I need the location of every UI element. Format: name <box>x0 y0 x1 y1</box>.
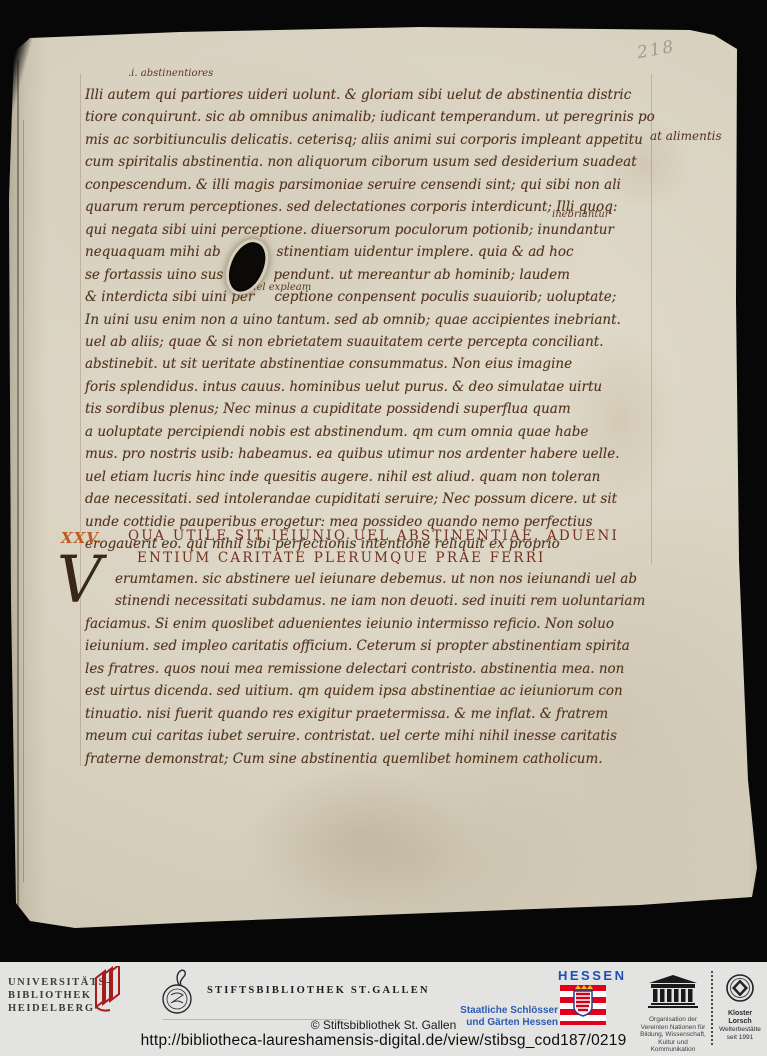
manuscript-line: fraterne demonstrat; Cum sine abstinenti… <box>85 748 670 770</box>
manuscript-line: mis ac sorbitiunculis delicatis. ceteris… <box>85 129 665 151</box>
interlinear-gloss: .i. abstinentiores <box>128 68 213 79</box>
world-heritage-icon <box>725 973 755 1003</box>
manuscript-line: quarum rerum perceptiones. sed delectati… <box>85 196 665 218</box>
footer-branding-bar: UNIVERSITÄTS- BIBLIOTHEK HEIDELBERG STIF… <box>0 962 767 1056</box>
binding-shadow <box>0 26 34 118</box>
manuscript-line: dae necessitati. sed intolerandae cupidi… <box>85 488 665 510</box>
manuscript-line: stinendi necessitati subdamus. ne iam no… <box>85 590 670 612</box>
hessen-caption-line1: Staatliche Schlösser <box>438 1005 558 1017</box>
manuscript-line: tiore conquirunt. sic ab omnibus animali… <box>85 106 665 128</box>
manuscript-line: ieiunium. sed impleo caritatis officium.… <box>85 635 670 657</box>
ruling-line <box>80 74 81 766</box>
text-block-main: Illi autem qui partiores uideri uolunt. … <box>85 84 665 556</box>
manuscript-page: 218 .i. abstinentiores inebriantur uel e… <box>0 0 767 962</box>
manuscript-line: erumtamen. sic abstinere uel ieiunare de… <box>85 568 670 590</box>
unesco-temple-icon <box>646 975 700 1008</box>
line-segment: & interdicta sibi uini per <box>85 289 254 305</box>
manuscript-line: Illi autem qui partiores uideri uolunt. … <box>85 84 665 106</box>
source-url: http://bibliotheca-laureshamensis-digita… <box>0 1032 767 1050</box>
manuscript-line: a uoluptate percipiendi nobis est abstin… <box>85 421 665 443</box>
book-gutter <box>17 60 19 917</box>
line-segment: se fortassis uino sus <box>85 267 223 283</box>
manuscript-line: abstinebit. ut sit ueritate abstinentiae… <box>85 353 665 375</box>
manuscript-line: cum spiritalis abstinentia. non aliquoru… <box>85 151 665 173</box>
text-block-chapter: erumtamen. sic abstinere uel ieiunare de… <box>85 568 670 770</box>
line-segment: pendunt. ut mereantur ab hominib; laudem <box>273 267 570 283</box>
manuscript-line: mus. pro nostris usib: habeamus. ea quib… <box>85 443 665 465</box>
manuscript-line: tinuatio. nisi fuerit quando res exigitu… <box>85 703 670 725</box>
manuscript-line: est uirtus dicenda. sed uitium. qm quide… <box>85 680 670 702</box>
manuscript-line: meum cui caritas iubet seruire. contrist… <box>85 725 670 747</box>
manuscript-line: foris splendidus. intus cauus. hominibus… <box>85 376 665 398</box>
manuscript-line: uel ab aliis; quae & si non ebrietatem s… <box>85 331 665 353</box>
manuscript-line: les fratres. quos noui mea remissione de… <box>85 658 670 680</box>
line-segment: nequaquam mihi ab <box>85 244 221 260</box>
copyright-line: © Stiftsbibliothek St. Gallen <box>0 1018 767 1032</box>
manuscript-line: In uini usu enim non a uino tantum. sed … <box>85 309 665 331</box>
digitized-manuscript-viewer: { "page": { "folio_number": "218", "marg… <box>0 0 767 1056</box>
hessen-wordmark: HESSEN <box>558 968 608 983</box>
heidelberg-books-icon <box>92 966 128 1021</box>
stgallen-emblem-icon <box>158 963 200 1026</box>
chapter-rubric-line1: QUA UTILE SIT IEIUNIO UEL ABSTINENTIAE. … <box>128 528 619 544</box>
line-segment: stinentiam uidentur implere. quia & ad h… <box>277 244 574 260</box>
manuscript-line: tis sordibus plenus; Nec minus a cupidit… <box>85 398 665 420</box>
scan-background: 218 .i. abstinentiores inebriantur uel e… <box>0 0 767 962</box>
line-segment: ceptione conpensent poculis suauiorib; u… <box>274 289 616 305</box>
manuscript-line: qui negata sibi uini perceptione. diuers… <box>85 219 665 241</box>
manuscript-line: conpescendum. & illi magis parsimoniae s… <box>85 174 665 196</box>
manuscript-line: faciamus. Si enim quoslibet aduenientes … <box>85 613 670 635</box>
manuscript-line: se fortassis uino suspendunt. ut mereant… <box>85 264 665 286</box>
stgallen-library-wordmark: STIFTSBIBLIOTHEK ST.GALLEN <box>207 985 430 996</box>
manuscript-line: nequaquam mihi abstinentiam uidentur imp… <box>85 241 665 263</box>
manuscript-line: uel etiam lucris hinc inde quesitis auge… <box>85 466 665 488</box>
leaf-edge <box>23 120 24 882</box>
chapter-rubric-line2: ENTIUM CARITATE PLERUMQUE PRAE FERRI <box>137 550 546 566</box>
manuscript-line: & interdicta sibi uini perceptione conpe… <box>85 286 665 308</box>
